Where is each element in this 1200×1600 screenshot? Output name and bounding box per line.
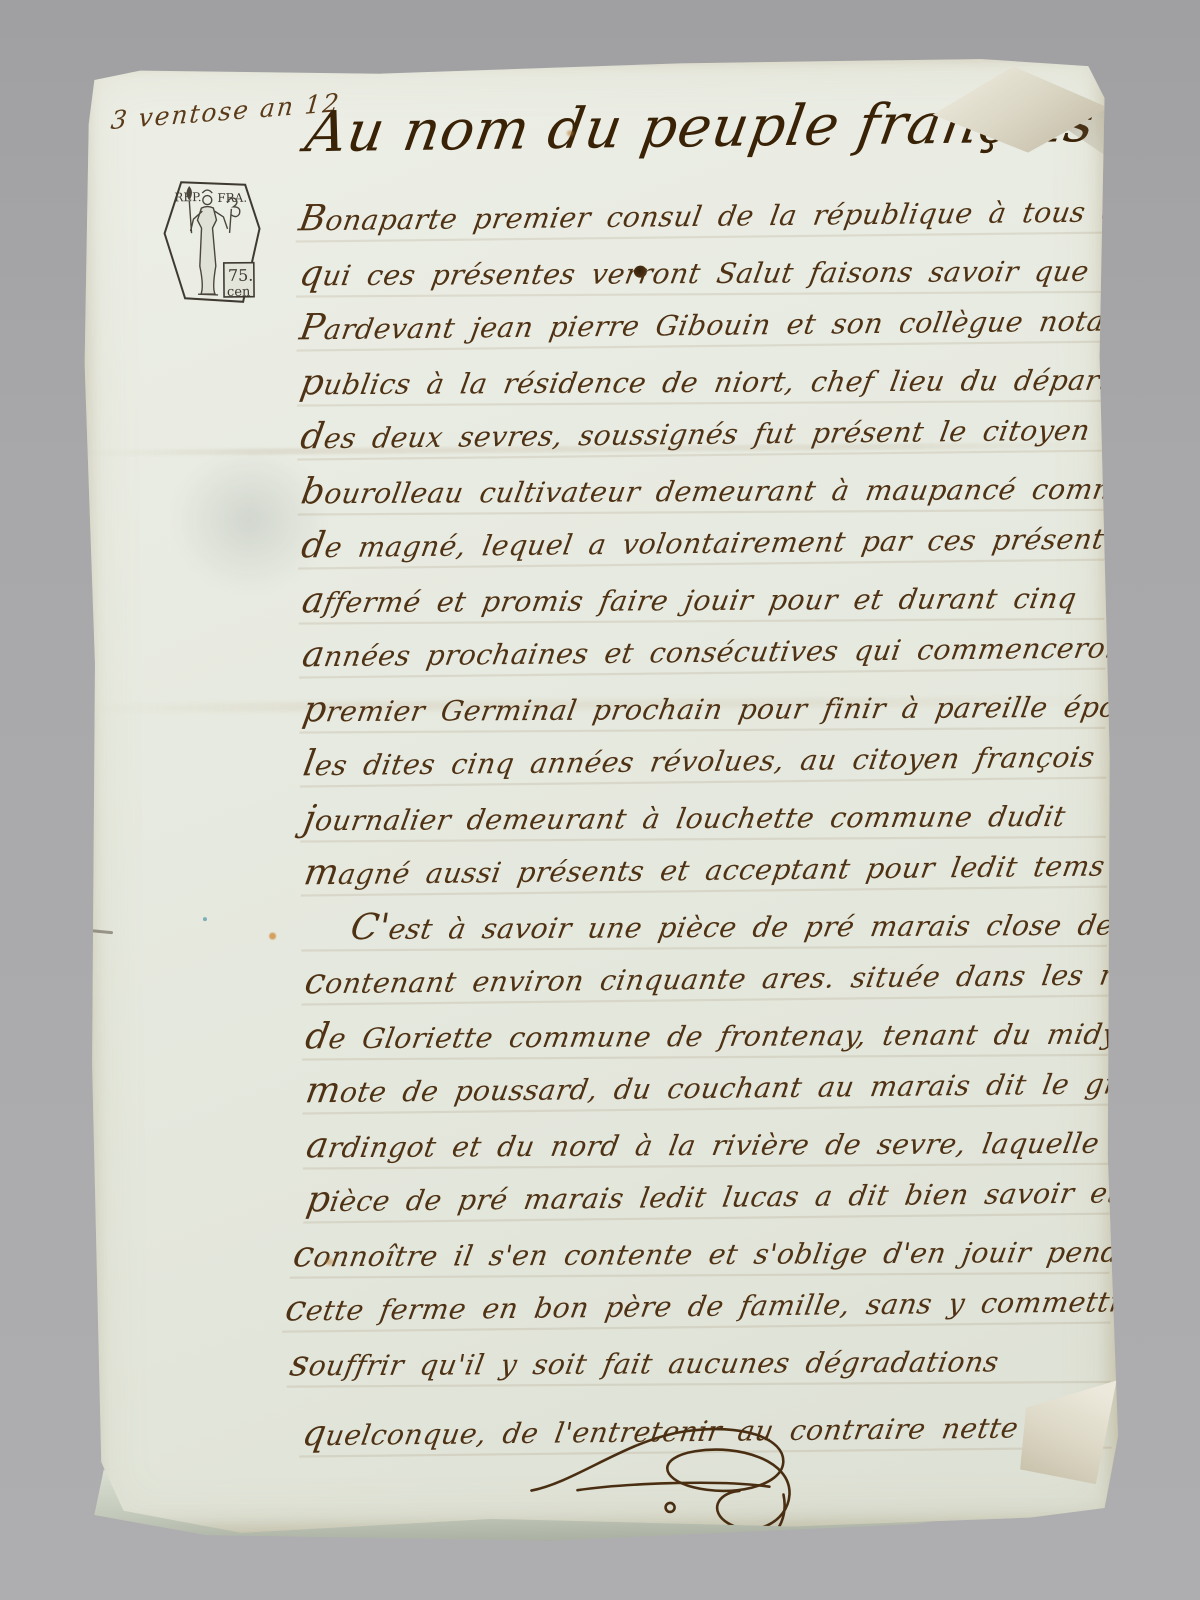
manuscript-line: magné aussi présents et acceptant pour l… — [299, 843, 1114, 906]
manuscript-line: des deux sevres, soussignés fut présent … — [295, 407, 1110, 470]
manuscript-body: Bonaparte premier consul de la républiqu… — [81, 192, 1119, 1470]
manuscript-page: 3 ventose an 12 REP. FRA. 75. cen — [80, 56, 1120, 1536]
manuscript-line: Pardevant jean pierre Gibouin et son col… — [295, 298, 1110, 361]
manuscript-line: mote de poussard, du couchant au marais … — [301, 1061, 1116, 1124]
manuscript-line: publics à la résidence de niort, chef li… — [295, 357, 1110, 416]
manuscript-line: pièce de pré marais ledit lucas a dit bi… — [301, 1170, 1116, 1233]
manuscript-line: de magné, lequel a volontairement par ce… — [296, 516, 1111, 579]
manuscript-line: C'est à savoir une pièce de pré marais c… — [299, 902, 1114, 961]
manuscript-line: les dites cinq années révolues, au citoy… — [298, 734, 1113, 797]
manuscript-line: connoître il s'en contente et s'oblige d… — [288, 1229, 1117, 1288]
manuscript-line: Bonaparte premier consul de la républiqu… — [294, 189, 1109, 252]
manuscript-line: souffrir qu'il y soit fait aucunes dégra… — [285, 1338, 1118, 1397]
ink-blot — [634, 266, 647, 278]
manuscript-line: bourolleau cultivateur demeurant à maupa… — [296, 466, 1111, 525]
manuscript-line: contenant environ cinquante ares. située… — [300, 952, 1115, 1015]
foxing-stain — [567, 130, 574, 136]
ink-speck — [203, 917, 207, 921]
foxing-stain — [269, 933, 276, 940]
manuscript-line: de Gloriette commune de frontenay, tenan… — [300, 1011, 1115, 1070]
manuscript-line: affermé et promis faire jouir pour et du… — [297, 575, 1112, 634]
foxing-stain — [326, 1258, 334, 1265]
manuscript-line: qui ces présentes verront Salut faisons … — [294, 248, 1109, 307]
manuscript-line: cette ferme en bon père de famille, sans… — [280, 1279, 1117, 1343]
manuscript-line: journalier demeurant à louchette commune… — [298, 793, 1113, 852]
manuscript-line: premier Germinal prochain pour finir à p… — [298, 684, 1113, 743]
photo-background: 3 ventose an 12 REP. FRA. 75. cen — [0, 0, 1200, 1600]
manuscript-line: années prochaines et consécutives qui co… — [297, 625, 1112, 688]
manuscript-line: ardingot et du nord à la rivière de sevr… — [301, 1120, 1116, 1179]
